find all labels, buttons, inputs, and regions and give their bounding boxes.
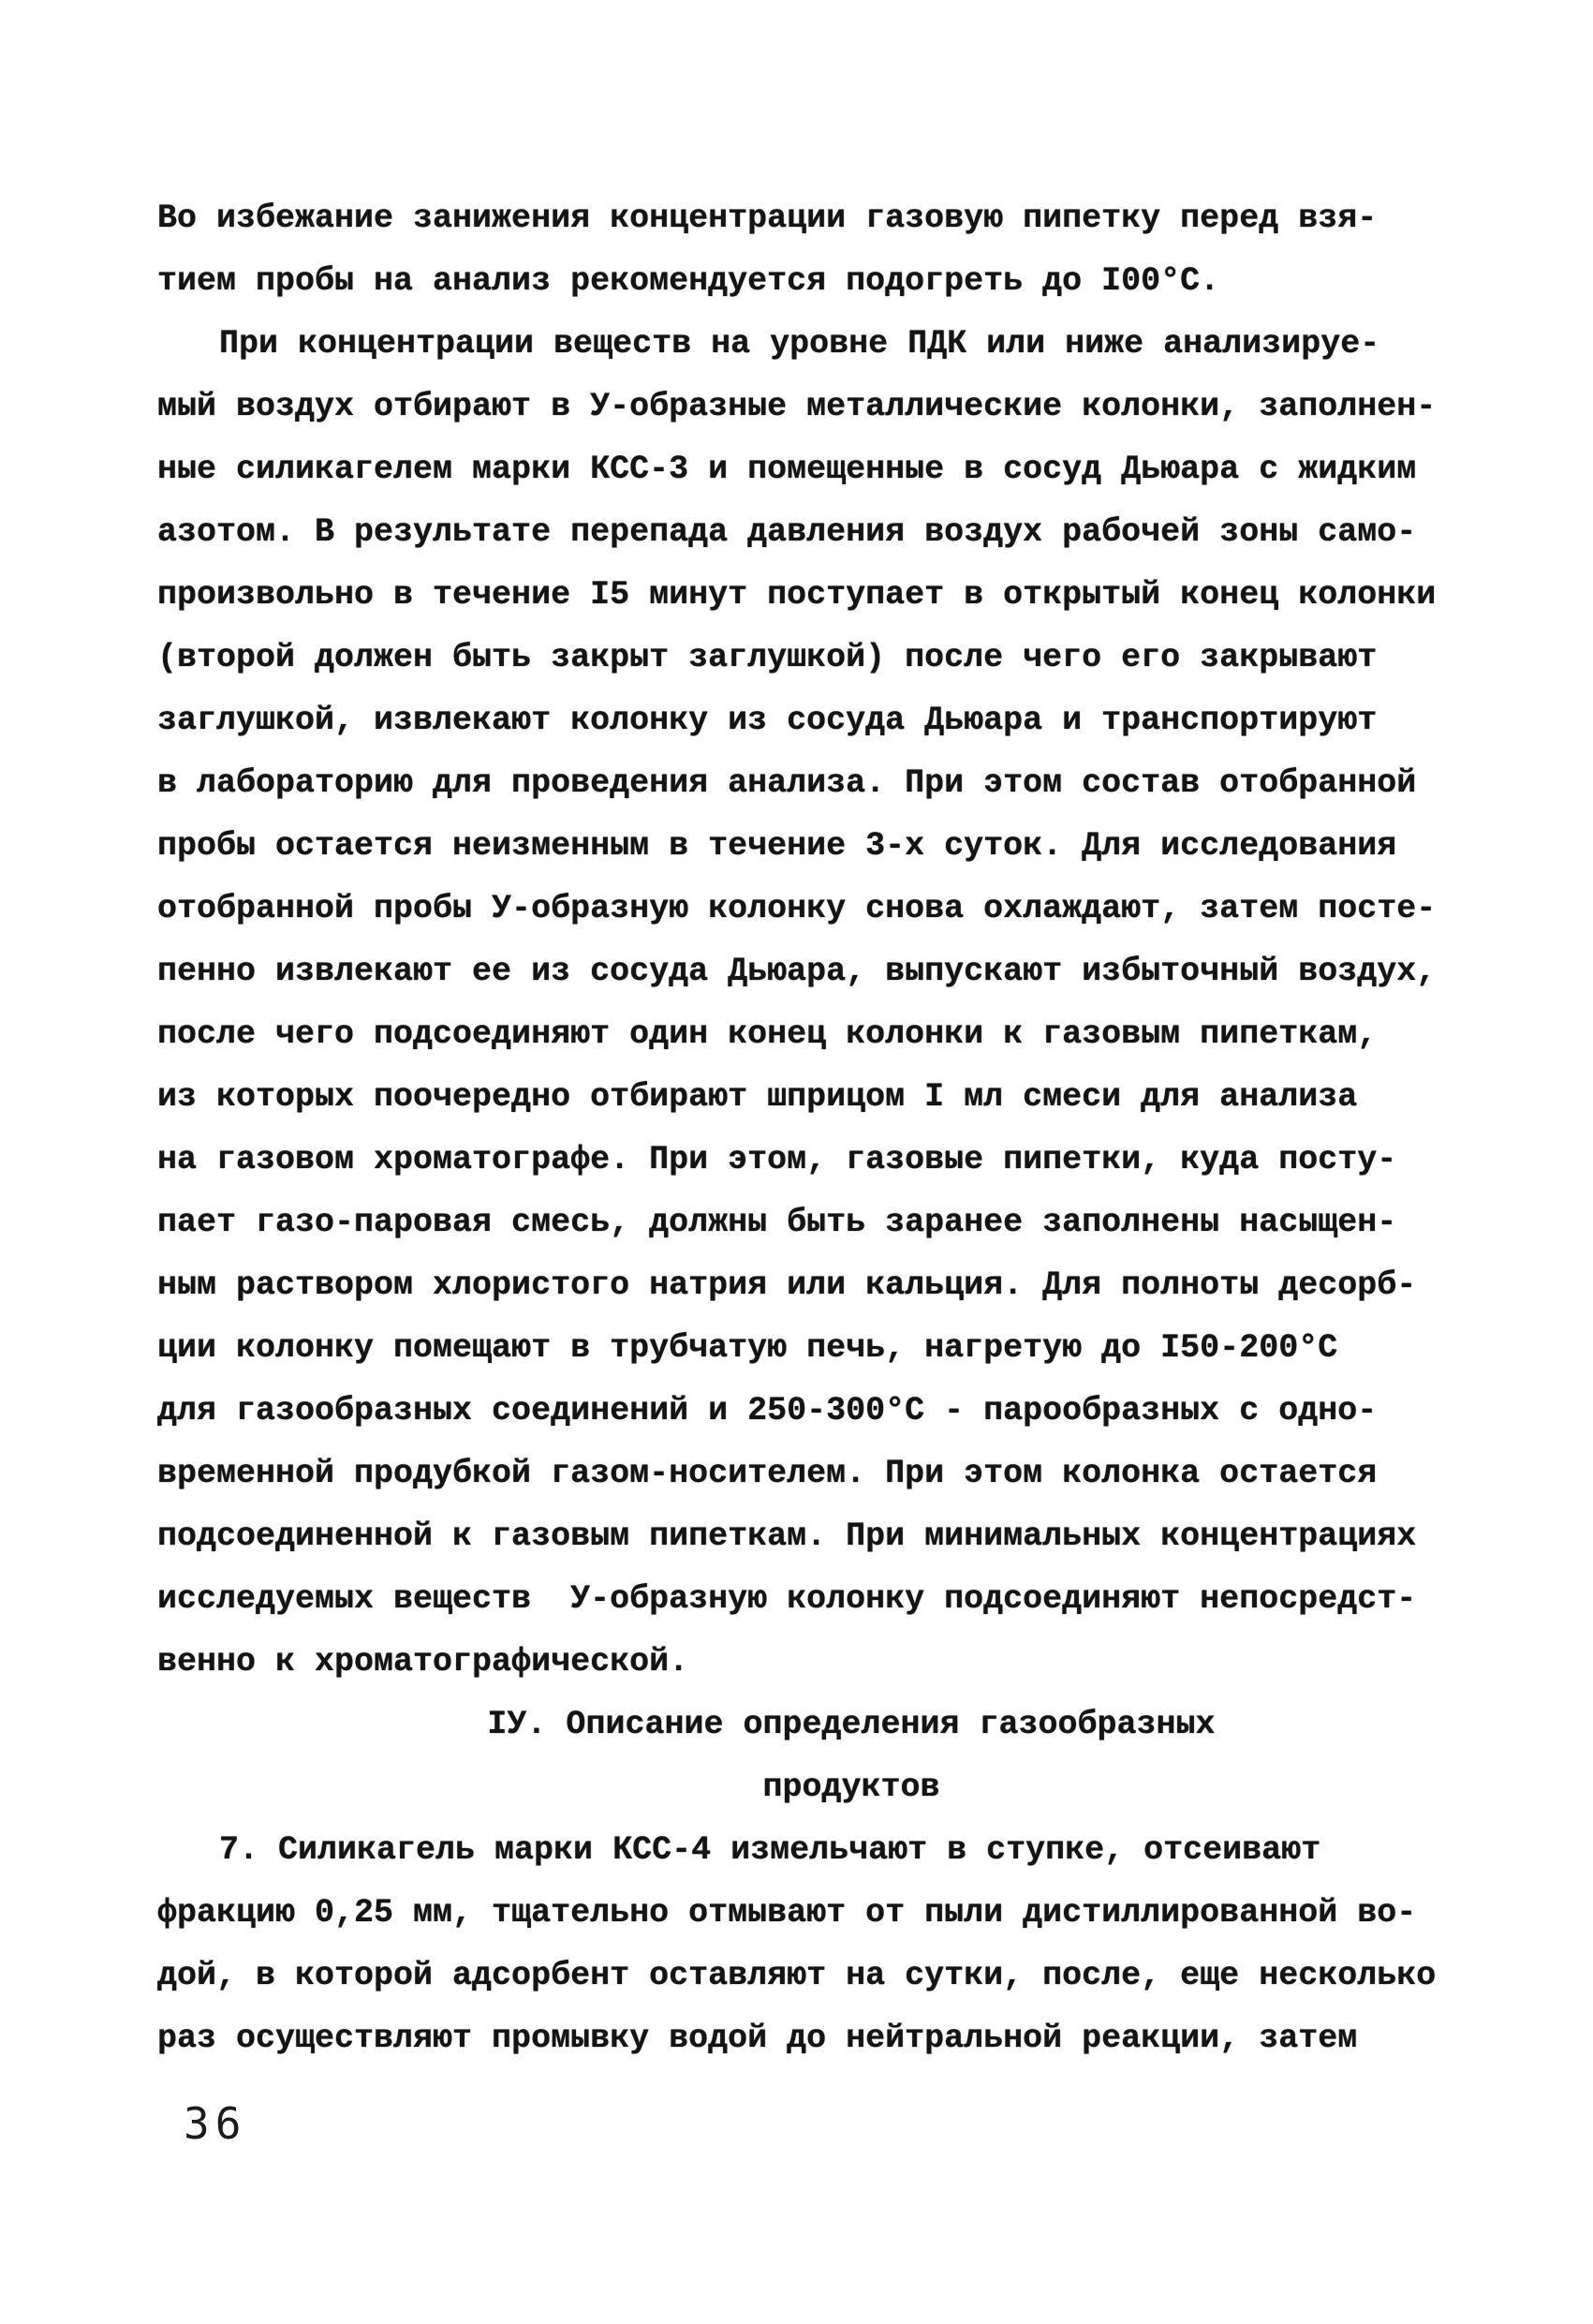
text-line: ции колонку помещают в трубчатую печь, н… [157,1317,1442,1380]
text-line: исследуемых веществ У-образную колонку п… [157,1568,1442,1631]
text-line: временной продубкой газом-носителем. При… [157,1443,1442,1505]
text-line: отобранной пробы У-образную колонку снов… [157,878,1442,940]
page-number: 36 [184,2098,246,2149]
text-line: При концентрации веществ на уровне ПДК и… [157,313,1442,376]
text-line: Во избежание занижения концентрации газо… [157,187,1442,250]
text-line: ные силикагелем марки КСС-3 и помещенные… [157,438,1442,501]
text-line: мый воздух отбирают в У-образные металли… [157,376,1442,438]
text-block: Во избежание занижения концентрации газо… [157,187,1442,2070]
text-line: пает газо-паровая смесь, должны быть зар… [157,1192,1442,1254]
text-line: фракцию 0,25 мм, тщательно отмывают от п… [157,1882,1442,1945]
text-line: ным раствором хлористого натрия или каль… [157,1254,1442,1317]
text-line: произвольно в течение I5 минут поступает… [157,564,1442,627]
text-line: (второй должен быть закрыт заглушкой) по… [157,627,1442,689]
text-line: в лабораторию для проведения анализа. Пр… [157,752,1442,815]
text-line: раз осуществляют промывку водой до нейтр… [157,2007,1442,2070]
text-line: тием пробы на анализ рекомендуется подог… [157,250,1442,313]
text-line: дой, в которой адсорбент оставляют на су… [157,1945,1442,2007]
text-line: пенно извлекают ее из сосуда Дьюара, вып… [157,940,1442,1003]
text-line: подсоединенной к газовым пипеткам. При м… [157,1505,1442,1568]
text-line: из которых поочередно отбирают шприцом I… [157,1066,1442,1129]
text-line: 7. Силикагель марки КСС-4 измельчают в с… [157,1819,1442,1882]
text-line: пробы остается неизменным в течение 3-х … [157,815,1442,878]
section-heading-line: продуктов [157,1756,1442,1819]
text-line: после чего подсоединяют один конец колон… [157,1003,1442,1066]
text-line: заглушкой, извлекают колонку из сосуда Д… [157,689,1442,752]
scanned-document-page: Во избежание занижения концентрации газо… [0,0,1593,2324]
text-line: для газообразных соединений и 250-300°С … [157,1380,1442,1443]
section-heading-line: IУ. Описание определения газообразных [157,1694,1442,1756]
text-line: венно к хроматографической. [157,1631,1442,1694]
text-line: азотом. В результате перепада давления в… [157,501,1442,564]
text-line: на газовом хроматографе. При этом, газов… [157,1129,1442,1192]
